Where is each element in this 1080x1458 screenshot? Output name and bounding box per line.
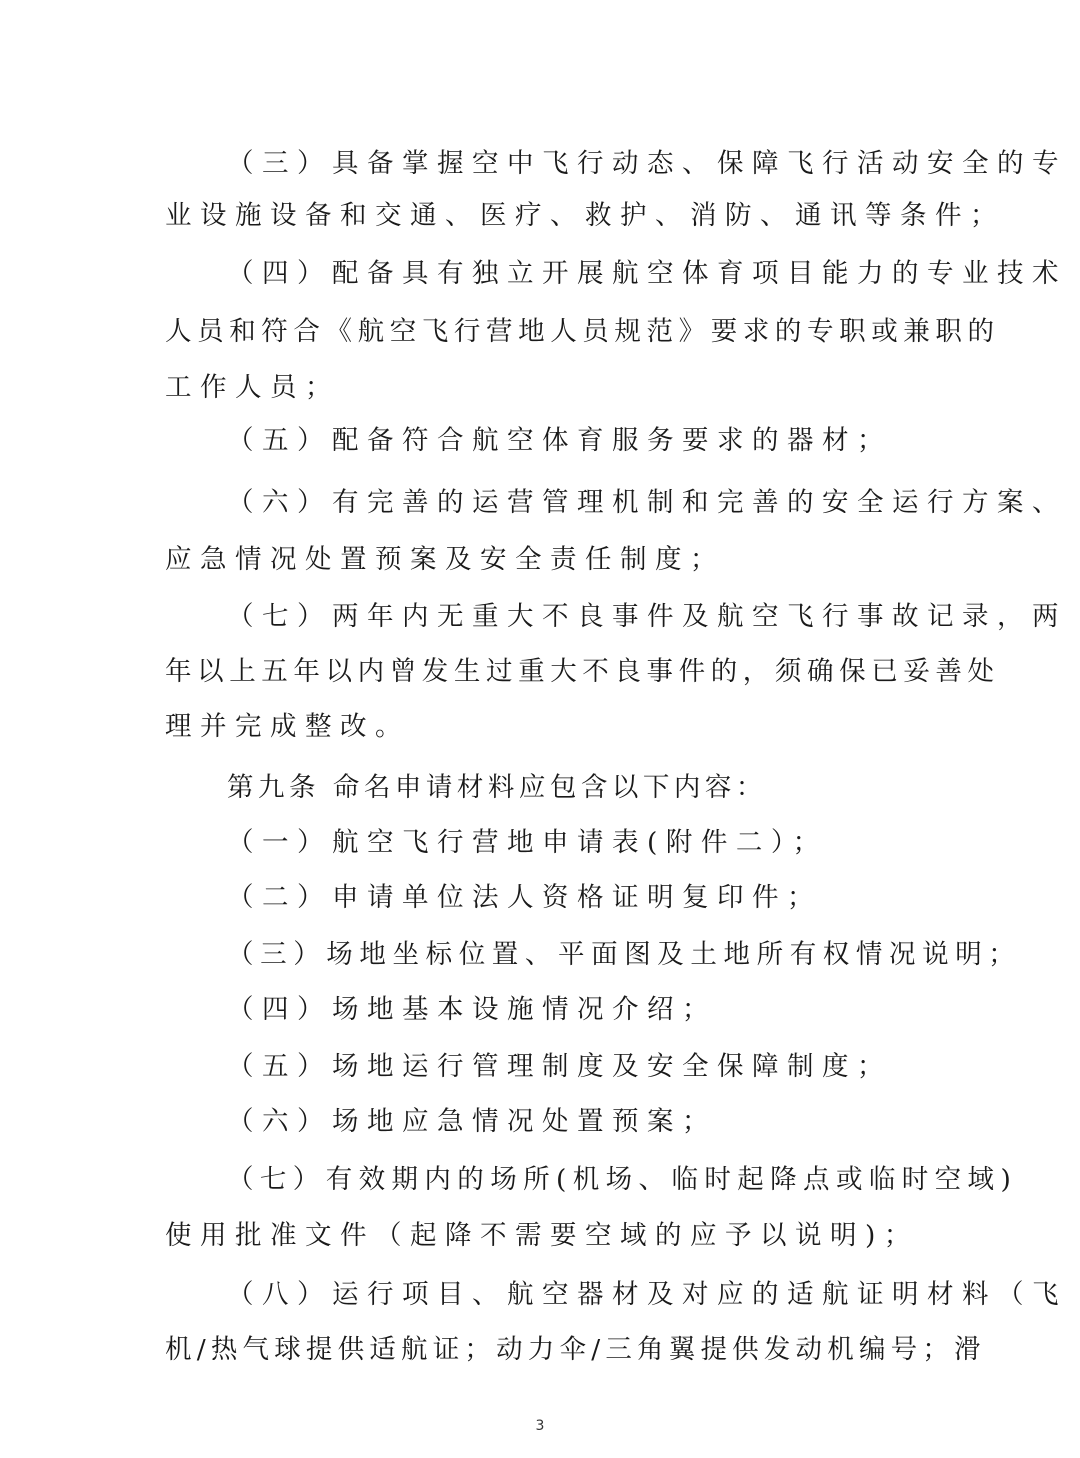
- item-4-line-3: 工作人员；: [165, 370, 925, 406]
- item-6-line-1: （六）有完善的运营管理机制和完善的安全运行方案、: [227, 485, 987, 521]
- item-4-line-2: 人员和符合《航空飞行营地人员规范》要求的专职或兼职的: [165, 314, 925, 350]
- material-3: （三）场地坐标位置、平面图及土地所有权情况说明；: [227, 937, 987, 973]
- item-5-line-1: （五）配备符合航空体育服务要求的器材；: [227, 423, 987, 459]
- material-8-line-1: （八）运行项目、航空器材及对应的适航证明材料（飞: [227, 1277, 987, 1313]
- material-6: （六）场地应急情况处置预案；: [227, 1104, 987, 1140]
- material-8-line-2: 机/热气球提供适航证；动力伞/三角翼提供发动机编号；滑: [165, 1332, 925, 1368]
- item-6-line-2: 应急情况处置预案及安全责任制度；: [165, 542, 925, 578]
- item-7-line-1: （七）两年内无重大不良事件及航空飞行事故记录，两: [227, 599, 987, 635]
- material-4: （四）场地基本设施情况介绍；: [227, 992, 987, 1028]
- article-9-heading: 第九条 命名申请材料应包含以下内容：: [227, 770, 987, 806]
- material-1: （一）航空飞行营地申请表(附件二）；: [227, 825, 987, 861]
- item-3-line-1: （三）具备掌握空中飞行动态、保障飞行活动安全的专: [227, 146, 987, 182]
- material-7-line-1: （七）有效期内的场所(机场、临时起降点或临时空域): [227, 1162, 987, 1198]
- material-2: （二）申请单位法人资格证明复印件；: [227, 880, 987, 916]
- item-7-line-2: 年以上五年以内曾发生过重大不良事件的，须确保已妥善处: [165, 654, 925, 690]
- material-5: （五）场地运行管理制度及安全保障制度；: [227, 1049, 987, 1085]
- item-4-line-1: （四）配备具有独立开展航空体育项目能力的专业技术: [227, 256, 987, 292]
- document-page: （三）具备掌握空中飞行动态、保障飞行活动安全的专 业设施设备和交通、医疗、救护、…: [0, 0, 1080, 1458]
- material-7-line-2: 使用批准文件（起降不需要空域的应予以说明)；: [165, 1218, 925, 1254]
- item-3-line-2: 业设施设备和交通、医疗、救护、消防、通讯等条件；: [165, 198, 925, 234]
- item-7-line-3: 理并完成整改。: [165, 709, 925, 745]
- page-number: 3: [525, 1418, 555, 1434]
